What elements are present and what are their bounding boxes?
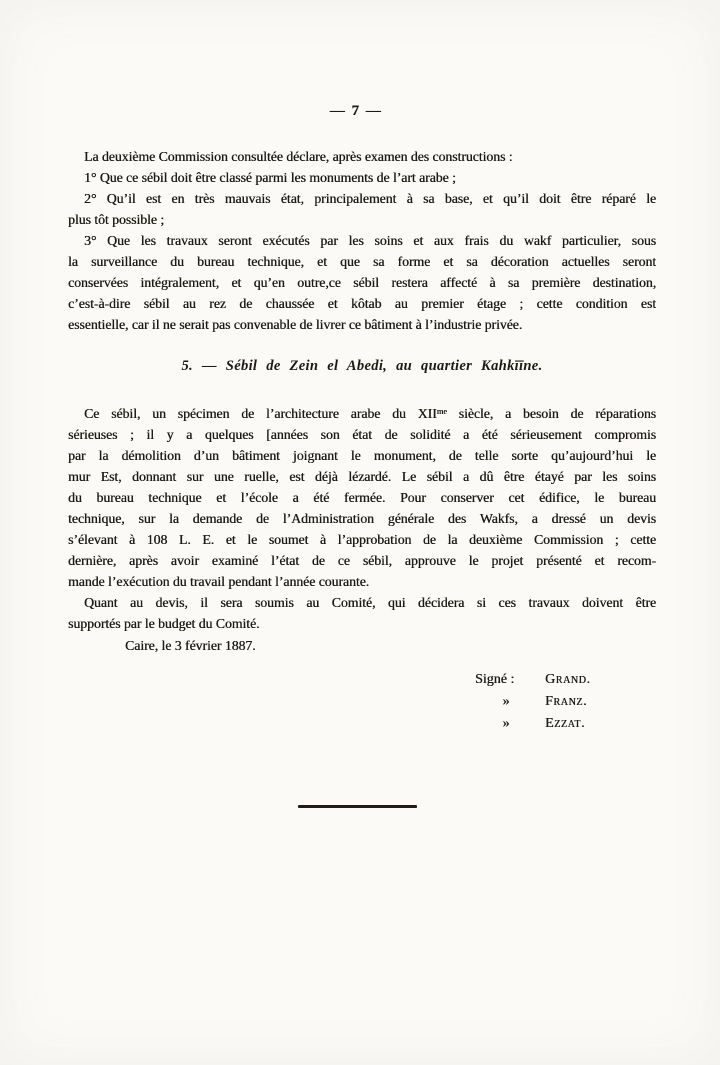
paragraph: La deuxième Commission consultée déclare…: [68, 146, 656, 167]
signature-name: Franz.: [545, 694, 587, 709]
paragraph: 2° Qu’il est en très mauvais état, princ…: [68, 188, 656, 230]
text-line: dernière, après avoir examiné l’état de …: [68, 550, 656, 571]
end-rule: [298, 805, 417, 808]
text-line: essentielle, car il ne serait pas conven…: [68, 314, 656, 335]
text-line: 3° Que les travaux seront exécutés par l…: [68, 230, 656, 251]
text-line: c’est-à-dire sébil au rez de chaussée et…: [68, 293, 656, 314]
text-line: mur Est, donnant sur une ruelle, est déj…: [68, 466, 656, 487]
paragraph: 1° Que ce sébil doit être classé parmi l…: [68, 167, 656, 188]
paragraph: Quant au devis, il sera soumis au Comité…: [68, 592, 656, 634]
signature-row: »Franz.: [475, 691, 656, 713]
text-line: Ce sébil, un spécimen de l’architecture …: [68, 403, 656, 424]
text-line: 5. — Sébil de Zein el Abedi, au quartier…: [68, 356, 656, 377]
paragraph: 3° Que les travaux seront exécutés par l…: [68, 230, 656, 335]
text-line: Caire, le 3 février 1887.: [125, 635, 656, 656]
signature-prefix: »: [475, 691, 537, 713]
text-line: s’élevant à 108 L. E. et le soumet à l’a…: [68, 529, 656, 550]
text-line: conservées intégralement, et qu’en outre…: [68, 272, 656, 293]
text-line: 1° Que ce sébil doit être classé parmi l…: [68, 167, 656, 188]
scanned-document-page: — 7 — La deuxième Commission consultée d…: [0, 0, 720, 1065]
text-line: du bureau technique et l’école a été fer…: [68, 487, 656, 508]
text-line: 2° Qu’il est en très mauvais état, princ…: [68, 188, 656, 209]
section-heading: 5. — Sébil de Zein el Abedi, au quartier…: [68, 356, 656, 377]
text-line: mande l’exécution du travail pendant l’a…: [68, 571, 656, 592]
text-line: plus tôt possible ;: [68, 209, 656, 230]
signature-prefix: »: [475, 713, 537, 735]
text-line: la surveillance du bureau technique, et …: [68, 251, 656, 272]
text-line: La deuxième Commission consultée déclare…: [68, 146, 656, 167]
signature-block: Signé :Grand.»Franz.»Ezzat.: [475, 669, 656, 735]
signature-row: Signé :Grand.: [475, 669, 656, 691]
text-line: sérieuses ; il y a quelques [années son …: [68, 424, 656, 445]
date-line: Caire, le 3 février 1887.: [68, 635, 656, 656]
text-line: par la démolition d’un bâtiment joignant…: [68, 445, 656, 466]
paragraph: Ce sébil, un spécimen de l’architecture …: [68, 403, 656, 592]
text-line: technique, sur la demande de l’Administr…: [68, 508, 656, 529]
document-body: La deuxième Commission consultée déclare…: [68, 146, 656, 808]
signature-row: »Ezzat.: [475, 713, 656, 735]
text-line: supportés par le budget du Comité.: [68, 613, 656, 634]
signature-name: Ezzat.: [545, 716, 585, 731]
signature-name: Grand.: [545, 672, 591, 687]
text-line: Quant au devis, il sera soumis au Comité…: [68, 592, 656, 613]
page-number: — 7 —: [0, 103, 712, 120]
signature-prefix: Signé :: [475, 669, 537, 691]
